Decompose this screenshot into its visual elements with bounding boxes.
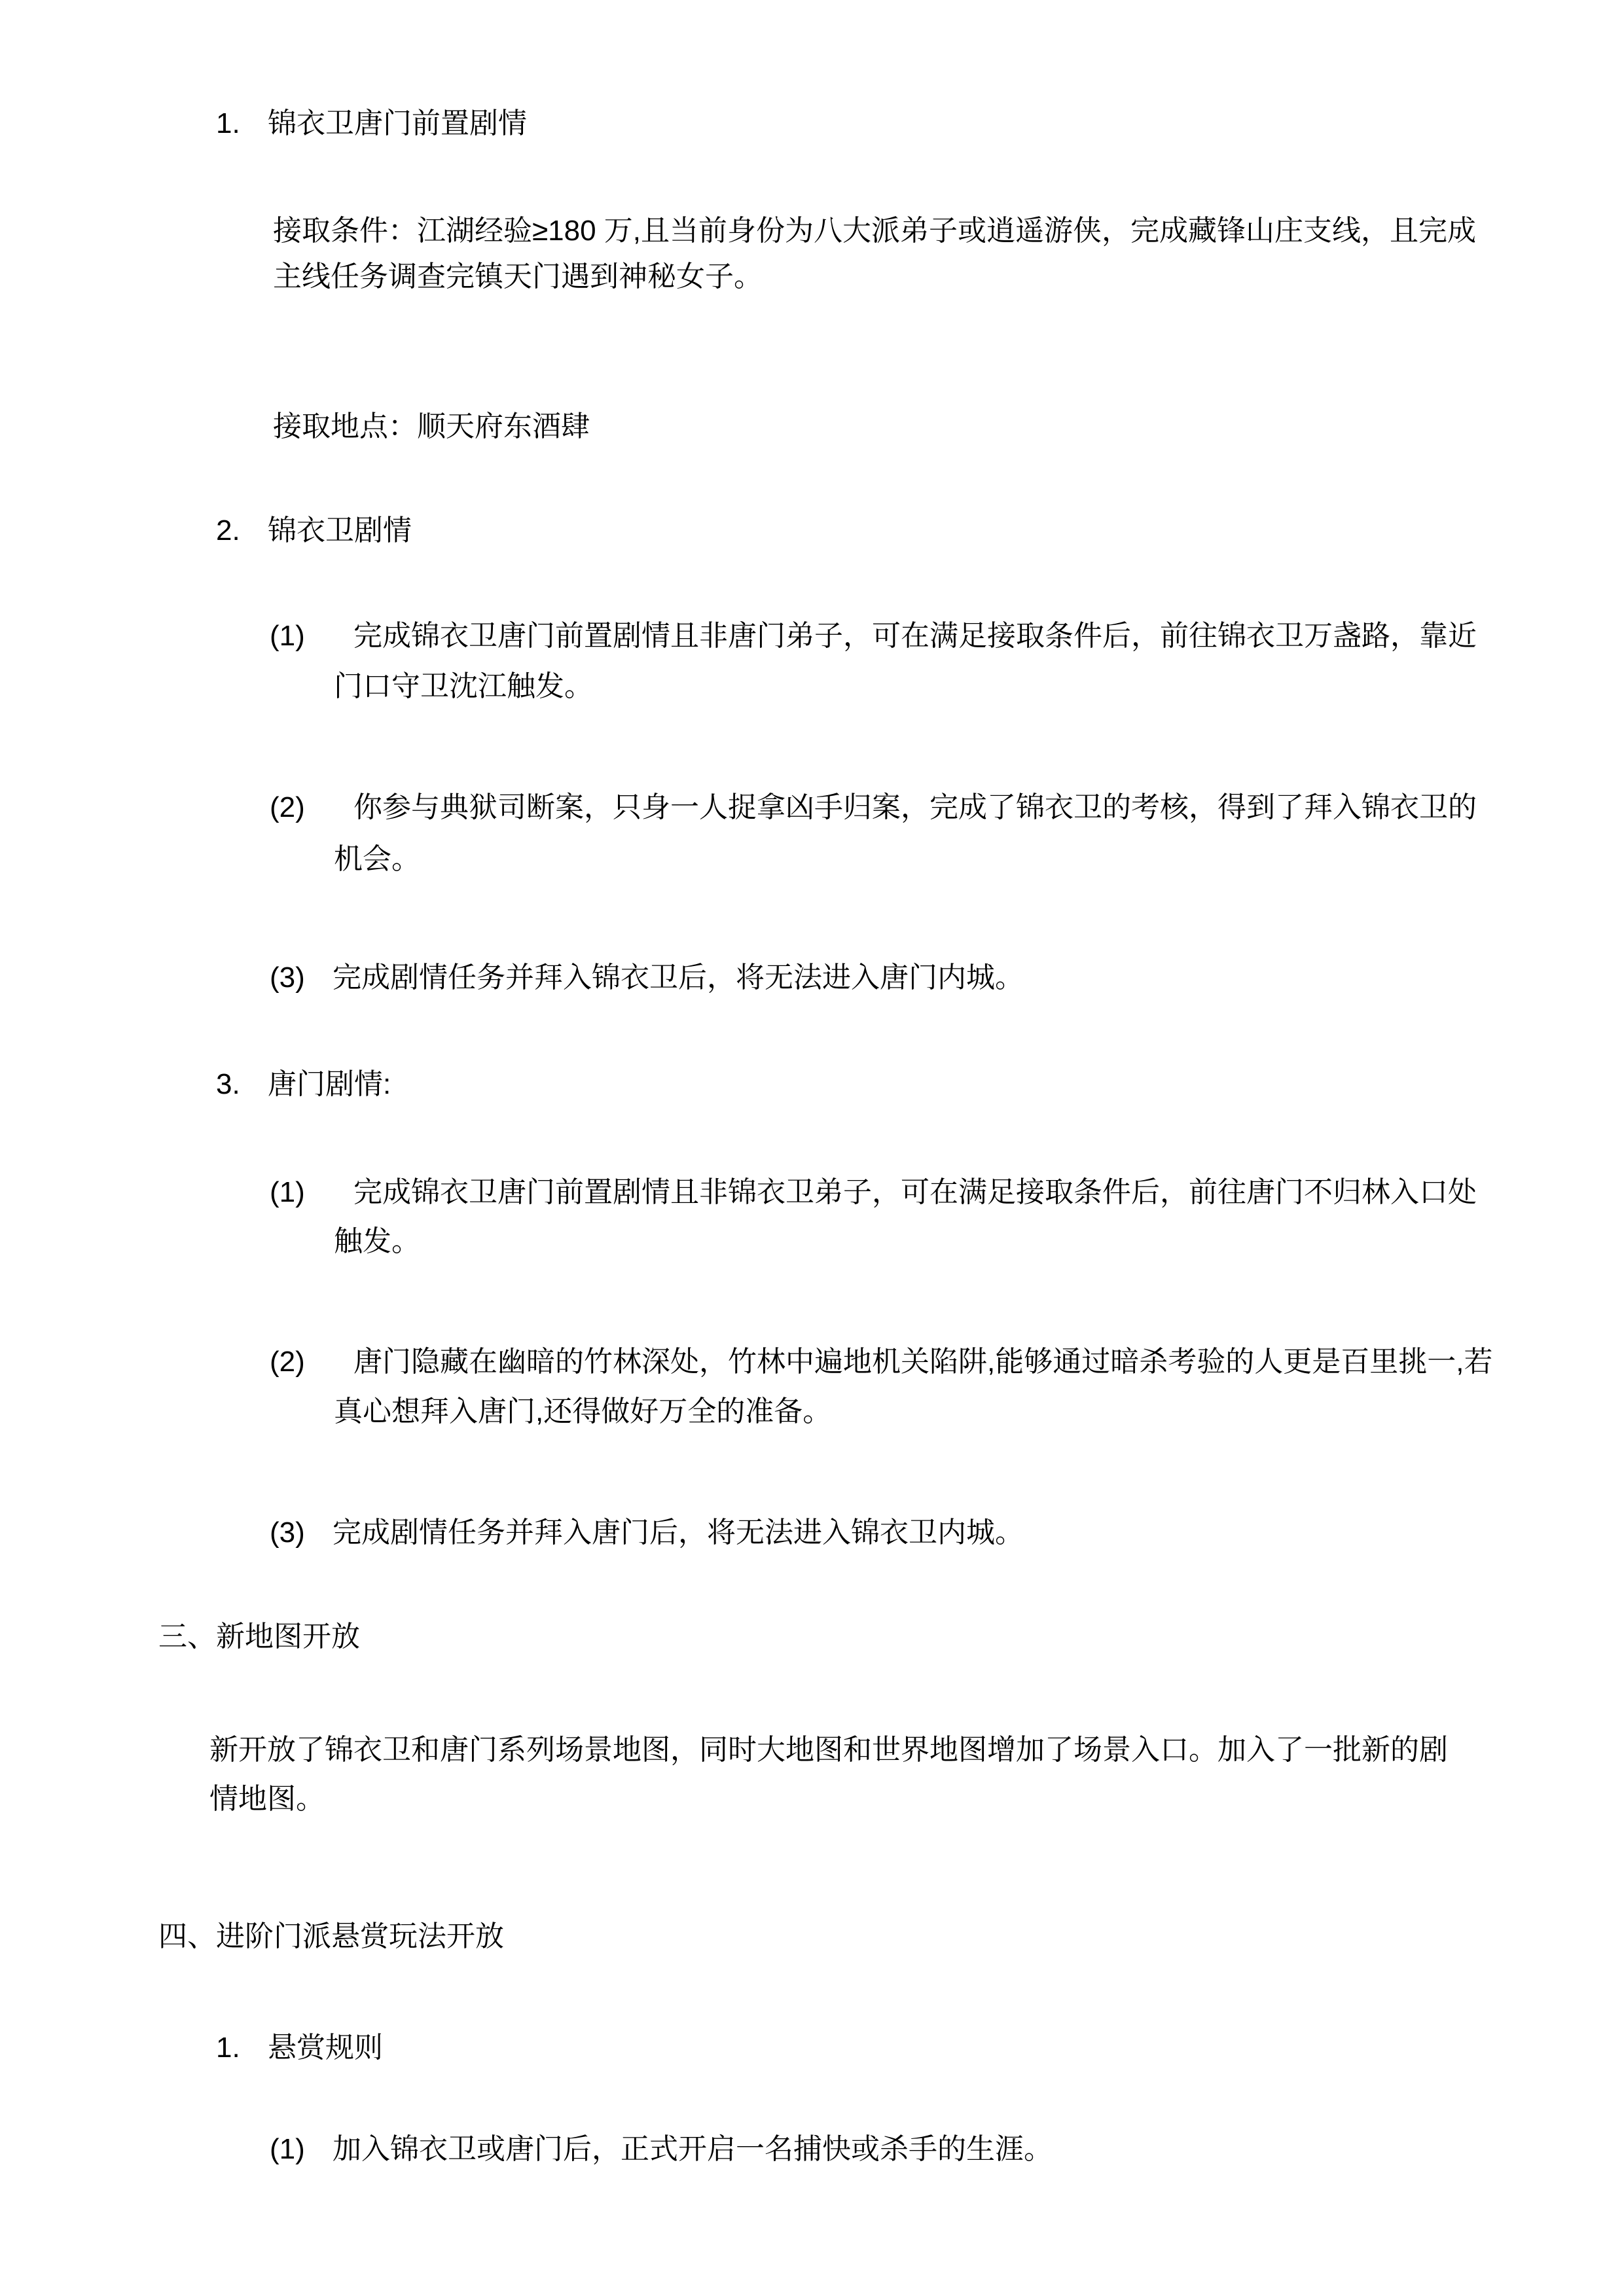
sub-item-number: (1) [270,611,305,661]
sub-item-number: (3) [270,1508,305,1557]
sub-item-line: 真心想拜入唐门,还得做好万全的准备。 [334,1387,1624,1437]
sub-item-tangmen-1: (1) 完成锦衣卫唐门前置剧情且非锦衣卫弟子，可在满足接取条件后，前往唐门不归林… [0,1168,1624,1266]
list-item-text: 悬赏规则 [268,2023,1624,2072]
list-item-text: 唐门剧情: [268,1060,1624,1109]
sub-item-bounty-1: (1) 加入锦衣卫或唐门后，正式开启一名捕快或杀手的生涯。 [0,2125,1624,2174]
sub-item-number: (1) [270,2125,305,2174]
sub-item-line: 完成剧情任务并拜入锦衣卫后，将无法进入唐门内城。 [333,953,1624,1002]
paragraph-line: 接取条件：江湖经验≥180 万,且当前身份为八大派弟子或逍遥游侠，完成藏锋山庄支… [273,208,1624,254]
sub-item-number: (2) [270,1337,305,1387]
paragraph-accept-location: 接取地点：顺天府东酒肆 [0,402,1624,451]
sub-item-line: 完成锦衣卫唐门前置剧情且非锦衣卫弟子，可在满足接取条件后，前往唐门不归林入口处 [353,1168,1624,1217]
sub-item-line: 加入锦衣卫或唐门后，正式开启一名捕快或杀手的生涯。 [333,2125,1624,2174]
sub-item-jinyiwei-1: (1) 完成锦衣卫唐门前置剧情且非唐门弟子，可在满足接取条件后，前往锦衣卫万盏路… [0,611,1624,711]
sub-item-number: (3) [270,953,305,1002]
list-item-text: 锦衣卫剧情 [268,506,1624,555]
section-heading-4-bounty-gameplay: 四、进阶门派悬赏玩法开放 [0,1912,1624,1961]
paragraph-new-maps-body: 新开放了锦衣卫和唐门系列场景地图，同时大地图和世界地图增加了场景入口。加入了一批… [0,1725,1624,1823]
sub-item-jinyiwei-2: (2) 你参与典狱司断案，只身一人捉拿凶手归案，完成了锦衣卫的考核，得到了拜入锦… [0,781,1624,885]
sub-item-jinyiwei-3: (3) 完成剧情任务并拜入锦衣卫后，将无法进入唐门内城。 [0,953,1624,1002]
sub-item-line: 触发。 [334,1217,1624,1266]
sub-item-line: 你参与典狱司断案，只身一人捉拿凶手归案，完成了锦衣卫的考核，得到了拜入锦衣卫的 [353,781,1624,833]
sub-item-line: 完成剧情任务并拜入唐门后，将无法进入锦衣卫内城。 [333,1508,1624,1557]
sub-item-tangmen-3: (3) 完成剧情任务并拜入唐门后，将无法进入锦衣卫内城。 [0,1508,1624,1557]
paragraph-accept-condition: 接取条件：江湖经验≥180 万,且当前身份为八大派弟子或逍遥游侠，完成藏锋山庄支… [0,208,1624,300]
paragraph-line: 接取地点：顺天府东酒肆 [273,402,1624,451]
paragraph-line: 新开放了锦衣卫和唐门系列场景地图，同时大地图和世界地图增加了场景入口。加入了一批… [209,1725,1624,1774]
section-heading-3-new-maps: 三、新地图开放 [0,1612,1624,1661]
document-page: 1. 锦衣卫唐门前置剧情 接取条件：江湖经验≥180 万,且当前身份为八大派弟子… [0,0,1624,2296]
list-item-1-bounty-rules: 1. 悬赏规则 [0,2023,1624,2072]
list-number: 3. [216,1060,240,1109]
section-heading-text: 三、新地图开放 [158,1612,1624,1661]
sub-item-number: (1) [270,1168,305,1217]
list-number: 1. [216,99,240,148]
list-item-1-jinyiwei-tangmen-prologue: 1. 锦衣卫唐门前置剧情 [0,99,1624,148]
list-item-3-tangmen-story: 3. 唐门剧情: [0,1060,1624,1109]
list-item-2-jinyiwei-story: 2. 锦衣卫剧情 [0,506,1624,555]
list-item-text: 锦衣卫唐门前置剧情 [268,99,1624,148]
sub-item-line: 唐门隐藏在幽暗的竹林深处，竹林中遍地机关陷阱,能够通过暗杀考验的人更是百里挑一,… [353,1337,1624,1387]
sub-item-line: 完成锦衣卫唐门前置剧情且非唐门弟子，可在满足接取条件后，前往锦衣卫万盏路，靠近 [353,611,1624,661]
sub-item-line: 门口守卫沈江触发。 [334,661,1624,711]
list-number: 2. [216,506,240,555]
paragraph-line: 主线任务调查完镇天门遇到神秘女子。 [273,254,1624,300]
paragraph-line: 情地图。 [209,1774,1624,1823]
section-heading-text: 四、进阶门派悬赏玩法开放 [158,1912,1624,1961]
sub-item-number: (2) [270,781,305,833]
list-number: 1. [216,2023,240,2072]
sub-item-line: 机会。 [334,833,1624,885]
sub-item-tangmen-2: (2) 唐门隐藏在幽暗的竹林深处，竹林中遍地机关陷阱,能够通过暗杀考验的人更是百… [0,1337,1624,1437]
